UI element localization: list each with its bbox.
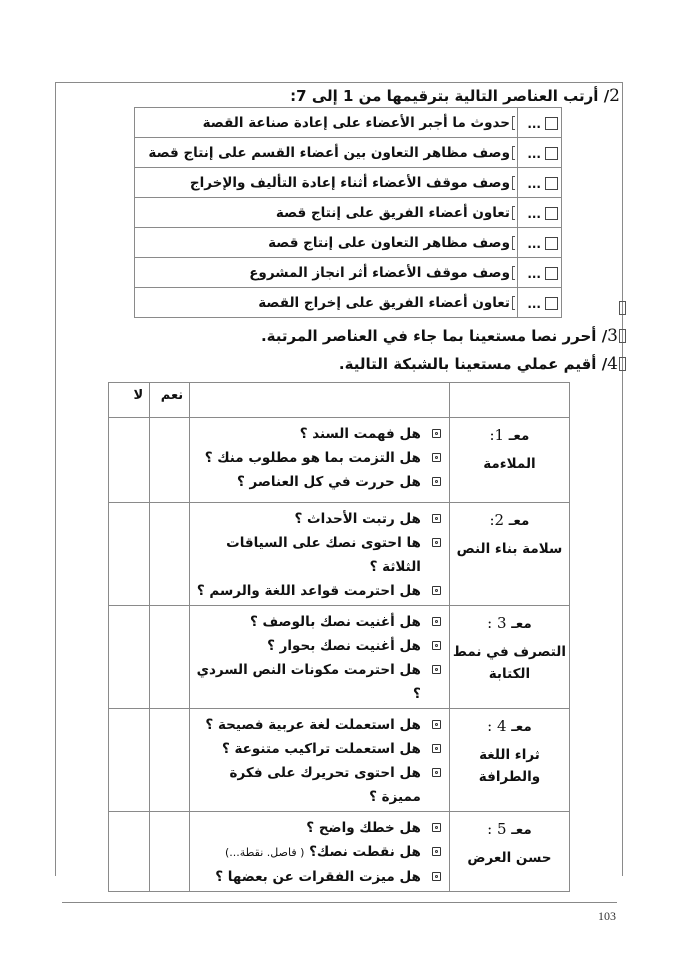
bullet-icon (432, 823, 441, 832)
ordering-table: ... حدوث ما أجبر الأعضاء على إعادة صناعة… (134, 107, 562, 318)
order-placeholder: ... (527, 297, 541, 311)
order-number-cell[interactable]: ... (518, 228, 562, 258)
criterion-cell: معـ 4 : ثراء اللغة والطرافة (449, 709, 569, 812)
question-item: ها احتوى نصك على السياقات الثلاثة ؟ (190, 531, 443, 579)
criterion-code: معـ 5 : (450, 820, 569, 838)
question-text: هل أغنيت نصك بحوار ؟ (267, 638, 421, 654)
bullet-icon (432, 514, 441, 523)
order-item-text: تعاون أعضاء الفريق على إنتاج قصة (276, 205, 510, 221)
checkbox[interactable] (545, 237, 558, 250)
bracket-mark (512, 116, 515, 130)
bracket-mark (512, 266, 515, 280)
question-text: هل أغنيت نصك بالوصف ؟ (250, 614, 421, 630)
question-list: هل خطك واضح ؟ هل نقطت نصك؟ ( فاصل. نقطة.… (190, 812, 449, 891)
order-placeholder: ... (527, 147, 541, 161)
ordering-row: ... تعاون أعضاء الفريق على إنتاج قصة (135, 198, 562, 228)
order-number-cell[interactable]: ... (518, 108, 562, 138)
checkbox[interactable] (545, 207, 558, 220)
order-item-text-cell: وصف موقف الأعضاء أثر انجاز المشروع (135, 258, 518, 288)
question-text: هل احتوى تحريرك على فكرة مميزة ؟ (229, 765, 420, 805)
criterion-code: معـ 4 : (450, 717, 569, 735)
bullet-icon (432, 665, 441, 674)
order-placeholder: ... (527, 237, 541, 251)
question-3-number: 3 (607, 326, 618, 346)
footer-divider (62, 902, 617, 903)
page-number: 103 (598, 909, 616, 924)
header-yes: نعم (150, 383, 190, 418)
question-note: ( فاصل. نقطة...) (225, 846, 304, 859)
question-item: هل أغنيت نصك بالوصف ؟ (190, 610, 443, 634)
order-item-text-cell: وصف مظاهر التعاون بين أعضاء القسم على إن… (135, 138, 518, 168)
criterion-abbrev: معـ (511, 822, 532, 838)
question-text: هل استعملت تراكيب متنوعة ؟ (222, 741, 421, 757)
question-item: هل رتبت الأحداث ؟ (190, 507, 443, 531)
order-placeholder: ... (527, 117, 541, 131)
order-item-text-cell: تعاون أعضاء الفريق على إنتاج قصة (135, 198, 518, 228)
order-placeholder: ... (527, 207, 541, 221)
bullet-icon (432, 847, 441, 856)
criterion-row: معـ 2: سلامة بناء النص هل رتبت الأحداث ؟… (109, 503, 570, 606)
question-text: هل رتبت الأحداث ؟ (295, 511, 421, 527)
criterion-row: معـ 1: الملاءمة هل فهمت السند ؟ هل التزم… (109, 418, 570, 503)
criterion-code: معـ 1: (450, 426, 569, 444)
questions-cell: هل استعملت لغة عربية فصيحة ؟ هل استعملت … (190, 709, 450, 812)
checkbox[interactable] (545, 267, 558, 280)
criterion-name: التصرف في نمط الكتابة (450, 641, 569, 685)
questions-cell: هل فهمت السند ؟ هل التزمت بما هو مطلوب م… (190, 418, 450, 503)
criterion-row: معـ 4 : ثراء اللغة والطرافة هل استعملت ل… (109, 709, 570, 812)
bullet-icon (432, 453, 441, 462)
question-text: هل ميزت الفقرات عن بعضها ؟ (215, 869, 421, 885)
order-item-text-cell: وصف مظاهر التعاون على إنتاج قصة (135, 228, 518, 258)
order-number-cell[interactable]: ... (518, 258, 562, 288)
question-list: هل استعملت لغة عربية فصيحة ؟ هل استعملت … (190, 709, 449, 811)
order-placeholder: ... (527, 177, 541, 191)
bullet-icon (432, 586, 441, 595)
question-3-title: 3/ أحرر نصا مستعينا بما جاء في العناصر ا… (261, 326, 626, 346)
bracket-mark (512, 206, 515, 220)
question-item: هل خطك واضح ؟ (190, 816, 443, 840)
question-2-title: 2/ أرتب العناصر التالية بترقيمها من 1 إل… (290, 86, 620, 106)
yes-cell[interactable] (150, 812, 190, 892)
order-number-cell[interactable]: ... (518, 138, 562, 168)
order-number-cell[interactable]: ... (518, 288, 562, 318)
question-item: هل التزمت بما هو مطلوب منك ؟ (190, 446, 443, 470)
criterion-cell: معـ 3 : التصرف في نمط الكتابة (449, 606, 569, 709)
question-text: هل استعملت لغة عربية فصيحة ؟ (205, 717, 420, 733)
question-2-number: 2 (609, 86, 620, 106)
question-text: هل التزمت بما هو مطلوب منك ؟ (205, 450, 421, 466)
yes-cell[interactable] (150, 503, 190, 606)
questions-cell: هل أغنيت نصك بالوصف ؟ هل أغنيت نصك بحوار… (190, 606, 450, 709)
empty-box-icon (619, 301, 626, 315)
question-item: هل احتوى تحريرك على فكرة مميزة ؟ (190, 761, 443, 809)
no-cell[interactable] (109, 812, 150, 892)
question-item: هل استعملت لغة عربية فصيحة ؟ (190, 713, 443, 737)
criterion-code: معـ 2: (450, 511, 569, 529)
bullet-icon (432, 538, 441, 547)
criterion-number: 4 : (487, 717, 506, 735)
questions-cell: هل خطك واضح ؟ هل نقطت نصك؟ ( فاصل. نقطة.… (190, 812, 450, 892)
order-item-text-cell: حدوث ما أجبر الأعضاء على إعادة صناعة الق… (135, 108, 518, 138)
criterion-row: معـ 3 : التصرف في نمط الكتابة هل أغنيت ن… (109, 606, 570, 709)
question-item: هل احترمت مكونات النص السردي ؟ (190, 658, 443, 706)
question-item: هل فهمت السند ؟ (190, 422, 443, 446)
header-questions (190, 383, 450, 418)
bullet-icon (432, 641, 441, 650)
yes-cell[interactable] (150, 709, 190, 812)
bullet-icon (432, 720, 441, 729)
question-text: هل فهمت السند ؟ (300, 426, 421, 442)
criterion-abbrev: معـ (509, 513, 530, 529)
order-item-text: وصف مظاهر التعاون بين أعضاء القسم على إن… (148, 145, 510, 161)
ordering-row: ... وصف مظاهر التعاون على إنتاج قصة (135, 228, 562, 258)
question-text: هل احترمت مكونات النص السردي ؟ (197, 662, 421, 702)
criterion-abbrev: معـ (511, 616, 532, 632)
order-placeholder: ... (527, 267, 541, 281)
bullet-icon (432, 872, 441, 881)
bracket-mark (512, 296, 515, 310)
grid-header-row: نعم لا (109, 383, 570, 418)
checkbox[interactable] (545, 117, 558, 130)
bracket-mark (512, 146, 515, 160)
checkbox[interactable] (545, 147, 558, 160)
ordering-row: ... وصف موقف الأعضاء أثر انجاز المشروع (135, 258, 562, 288)
criterion-name: الملاءمة (450, 453, 569, 475)
checkbox[interactable] (545, 297, 558, 310)
header-criterion (449, 383, 569, 418)
questions-cell: هل رتبت الأحداث ؟ ها احتوى نصك على السيا… (190, 503, 450, 606)
criterion-name: سلامة بناء النص (450, 538, 569, 560)
question-item: هل حررت في كل العناصر ؟ (190, 470, 443, 494)
question-list: هل فهمت السند ؟ هل التزمت بما هو مطلوب م… (190, 418, 449, 496)
question-text: هل خطك واضح ؟ (306, 820, 421, 836)
question-item: هل احترمت قواعد اللغة والرسم ؟ (190, 579, 443, 603)
empty-box-icon (619, 357, 626, 371)
empty-box-icon (619, 329, 626, 343)
question-4-title: 4/ أقيم عملي مستعينا بالشبكة التالية. (339, 354, 626, 374)
no-cell[interactable] (109, 606, 150, 709)
bullet-icon (432, 744, 441, 753)
question-text: هل حررت في كل العناصر ؟ (237, 474, 421, 490)
criterion-abbrev: معـ (511, 719, 532, 735)
no-cell[interactable] (109, 418, 150, 503)
bullet-icon (432, 768, 441, 777)
ordering-row: ... وصف مظاهر التعاون بين أعضاء القسم عل… (135, 138, 562, 168)
criterion-number: 1: (489, 426, 504, 444)
question-2-text: أرتب العناصر التالية بترقيمها من 1 إلى 7… (290, 87, 598, 105)
question-text: هل نقطت نصك؟ (309, 844, 421, 860)
question-item: هل استعملت تراكيب متنوعة ؟ (190, 737, 443, 761)
question-3-text: أحرر نصا مستعينا بما جاء في العناصر المر… (261, 327, 597, 345)
question-list: هل رتبت الأحداث ؟ ها احتوى نصك على السيا… (190, 503, 449, 605)
ordering-row: ... حدوث ما أجبر الأعضاء على إعادة صناعة… (135, 108, 562, 138)
order-item-text: وصف موقف الأعضاء أثر انجاز المشروع (249, 265, 510, 281)
order-item-text: وصف مظاهر التعاون على إنتاج قصة (268, 235, 510, 251)
bullet-icon (432, 429, 441, 438)
self-assessment-grid: نعم لا معـ 1: الملاءمة هل فهمت السند ؟ ه… (108, 382, 570, 892)
order-item-text: حدوث ما أجبر الأعضاء على إعادة صناعة الق… (203, 115, 510, 131)
criterion-number: 5 : (487, 820, 506, 838)
criterion-code: معـ 3 : (450, 614, 569, 632)
checkbox[interactable] (545, 177, 558, 190)
question-item: هل أغنيت نصك بحوار ؟ (190, 634, 443, 658)
question-item: هل ميزت الفقرات عن بعضها ؟ (190, 865, 443, 889)
criterion-name: ثراء اللغة والطرافة (450, 744, 569, 788)
criterion-abbrev: معـ (509, 428, 530, 444)
stray-box (618, 298, 626, 317)
criterion-number: 3 : (487, 614, 506, 632)
criterion-cell: معـ 5 : حسن العرض (449, 812, 569, 892)
criterion-name: حسن العرض (450, 847, 569, 869)
yes-cell[interactable] (150, 418, 190, 503)
bracket-mark (512, 176, 515, 190)
order-item-text-cell: تعاون أعضاء الفريق على إخراج القصة (135, 288, 518, 318)
no-cell[interactable] (109, 709, 150, 812)
criterion-cell: معـ 2: سلامة بناء النص (449, 503, 569, 606)
order-item-text: تعاون أعضاء الفريق على إخراج القصة (258, 295, 510, 311)
order-item-text: وصف موقف الأعضاء أثناء إعادة التأليف وال… (190, 175, 510, 191)
header-no: لا (109, 383, 150, 418)
bracket-mark (512, 236, 515, 250)
bullet-icon (432, 617, 441, 626)
order-item-text-cell: وصف موقف الأعضاء أثناء إعادة التأليف وال… (135, 168, 518, 198)
yes-cell[interactable] (150, 606, 190, 709)
order-number-cell[interactable]: ... (518, 198, 562, 228)
criterion-row: معـ 5 : حسن العرض هل خطك واضح ؟ هل نقطت … (109, 812, 570, 892)
question-item: هل نقطت نصك؟ ( فاصل. نقطة...) (190, 840, 443, 865)
question-list: هل أغنيت نصك بالوصف ؟ هل أغنيت نصك بحوار… (190, 606, 449, 708)
no-cell[interactable] (109, 503, 150, 606)
criterion-number: 2: (489, 511, 504, 529)
question-4-text: أقيم عملي مستعينا بالشبكة التالية. (339, 355, 597, 373)
question-text: ها احتوى نصك على السياقات الثلاثة ؟ (226, 535, 421, 575)
criterion-cell: معـ 1: الملاءمة (449, 418, 569, 503)
bullet-icon (432, 477, 441, 486)
question-text: هل احترمت قواعد اللغة والرسم ؟ (197, 583, 421, 599)
ordering-row: ... وصف موقف الأعضاء أثناء إعادة التأليف… (135, 168, 562, 198)
ordering-row: ... تعاون أعضاء الفريق على إخراج القصة (135, 288, 562, 318)
question-4-number: 4 (607, 354, 618, 374)
order-number-cell[interactable]: ... (518, 168, 562, 198)
